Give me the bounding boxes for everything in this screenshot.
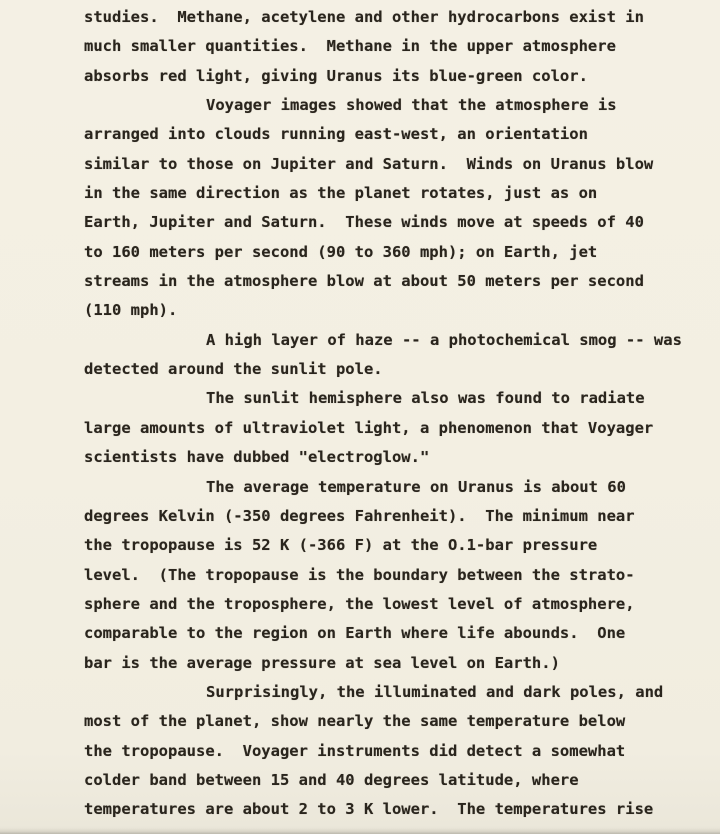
text-line: much smaller quantities. Methane in the … (84, 32, 684, 61)
text-line: scientists have dubbed "electroglow." (84, 443, 684, 472)
text-line: large amounts of ultraviolet light, a ph… (84, 414, 684, 443)
scan-bottom-edge (0, 828, 720, 834)
text-line: arranged into clouds running east-west, … (84, 120, 684, 149)
text-line: streams in the atmosphere blow at about … (84, 267, 684, 296)
text-line: detected around the sunlit pole. (84, 355, 684, 384)
text-line: A high layer of haze -- a photochemical … (84, 326, 684, 355)
text-line: temperatures are about 2 to 3 K lower. T… (84, 795, 684, 824)
text-line: comparable to the region on Earth where … (84, 619, 684, 648)
text-line: absorbs red light, giving Uranus its blu… (84, 62, 684, 91)
text-line: to 160 meters per second (90 to 360 mph)… (84, 238, 684, 267)
text-line: The average temperature on Uranus is abo… (84, 473, 684, 502)
text-line: Surprisingly, the illuminated and dark p… (84, 678, 684, 707)
text-line: The sunlit hemisphere also was found to … (84, 384, 684, 413)
text-line: bar is the average pressure at sea level… (84, 649, 684, 678)
document-text: studies. Methane, acetylene and other hy… (84, 3, 684, 825)
text-line: sphere and the troposphere, the lowest l… (84, 590, 684, 619)
text-line: (110 mph). (84, 296, 684, 325)
text-line: Voyager images showed that the atmospher… (84, 91, 684, 120)
text-line: in the same direction as the planet rota… (84, 179, 684, 208)
text-line: degrees Kelvin (-350 degrees Fahrenheit)… (84, 502, 684, 531)
text-line: most of the planet, show nearly the same… (84, 707, 684, 736)
text-line: the tropopause is 52 K (-366 F) at the O… (84, 531, 684, 560)
text-line: similar to those on Jupiter and Saturn. … (84, 150, 684, 179)
text-line: Earth, Jupiter and Saturn. These winds m… (84, 208, 684, 237)
text-line: colder band between 15 and 40 degrees la… (84, 766, 684, 795)
text-line: the tropopause. Voyager instruments did … (84, 737, 684, 766)
text-line: studies. Methane, acetylene and other hy… (84, 3, 684, 32)
text-line: level. (The tropopause is the boundary b… (84, 561, 684, 590)
typewritten-page: studies. Methane, acetylene and other hy… (0, 0, 720, 834)
